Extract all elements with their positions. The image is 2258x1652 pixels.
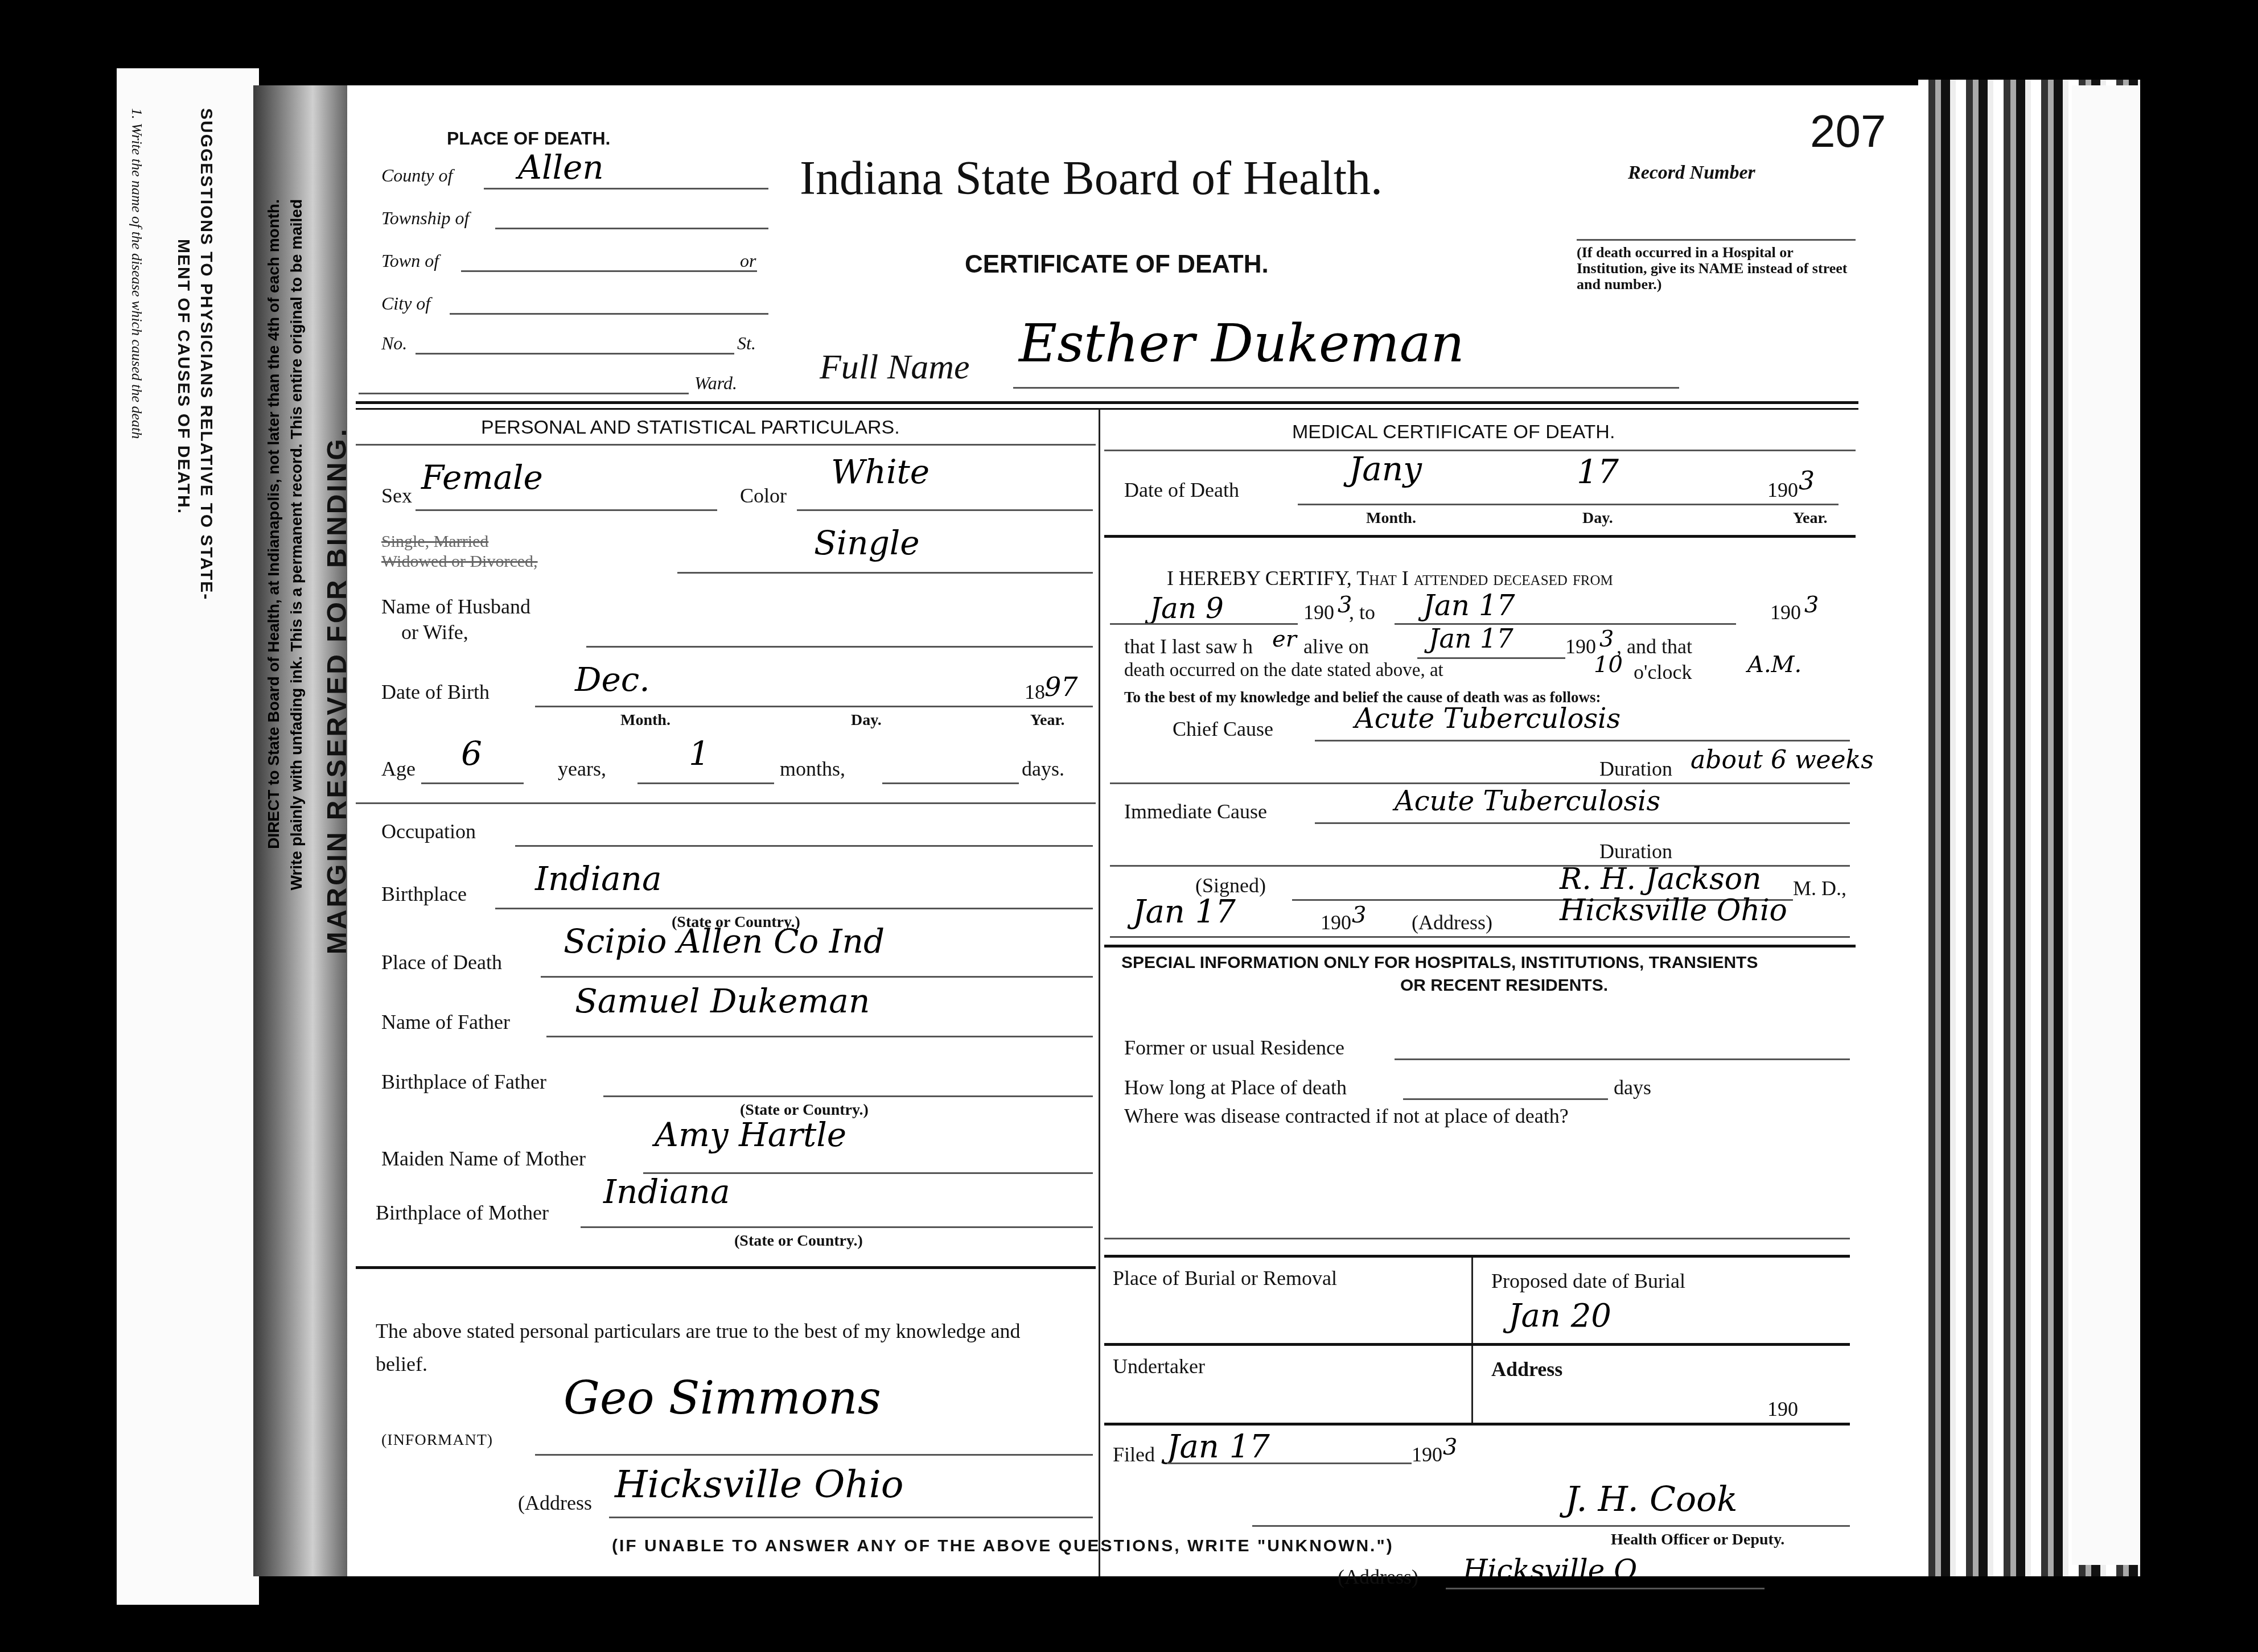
health-officer-address-line <box>1446 1588 1765 1589</box>
header-rule <box>356 401 1858 404</box>
record-number-label: Record Number <box>1628 162 1755 184</box>
age-years-value: 6 <box>461 734 482 773</box>
proposed-burial-value: Jan 20 <box>1508 1297 1611 1334</box>
physician-signature: R. H. Jackson <box>1560 862 1762 896</box>
years-label: years, <box>558 757 606 781</box>
dob-line <box>535 706 1093 707</box>
burial-top-rule <box>1104 1255 1850 1258</box>
dob-month-value: Dec. <box>575 660 650 699</box>
place-of-death-label: Place of Death <box>381 950 502 974</box>
ward-label: Ward. <box>694 373 737 394</box>
dob-month-caption: Month. <box>620 711 671 730</box>
color-label: Color <box>740 484 787 508</box>
occupation-line <box>515 845 1093 847</box>
last-saw-pronoun: er <box>1272 626 1297 652</box>
mother-birthplace-caption: (State or Country.) <box>734 1232 863 1250</box>
color-line <box>797 509 1093 511</box>
town-line <box>461 270 757 272</box>
burial-place-label: Place of Burial or Removal <box>1113 1266 1337 1290</box>
binding-instruction-1: Write plainly with unfading ink. This is… <box>287 199 306 891</box>
record-number-value: 207 <box>1810 105 1886 158</box>
spouse-label-2: or Wife, <box>401 620 468 644</box>
am-pm-value: A.M. <box>1747 652 1802 678</box>
age-days-line <box>882 782 1019 784</box>
mother-birthplace-line <box>581 1226 1093 1228</box>
immediate-duration-label: Duration <box>1599 839 1672 863</box>
father-birthplace-line <box>603 1095 1093 1097</box>
medical-section-title: MEDICAL CERTIFICATE OF DEATH. <box>1292 421 1615 443</box>
dod-year-caption: Year. <box>1793 509 1827 528</box>
health-officer-address-value: Hicksville O. <box>1463 1554 1644 1587</box>
chief-cause-line <box>1315 740 1850 741</box>
color-value: White <box>831 452 929 491</box>
chief-cause-value: Acute Tuberculosis <box>1355 703 1621 735</box>
how-long-label: How long at Place of death <box>1124 1076 1347 1099</box>
last-saw-year: 3 <box>1599 626 1614 652</box>
street-no-label: No. <box>381 333 407 354</box>
father-name-label: Name of Father <box>381 1010 510 1034</box>
dob-year-prefix: 18 <box>1025 680 1045 704</box>
immediate-cause-label: Immediate Cause <box>1124 800 1267 823</box>
filed-year-prefix: 190 <box>1412 1443 1442 1466</box>
place-of-death-line <box>541 976 1093 978</box>
dob-year-caption: Year. <box>1030 711 1064 730</box>
dod-year-value: 3 <box>1799 467 1815 496</box>
back-page-edge <box>2072 85 2140 1565</box>
health-officer-line <box>1252 1525 1850 1527</box>
binding-margin: MARGIN RESERVED FOR BINDING. Write plain… <box>253 85 361 1576</box>
chief-cause-label: Chief Cause <box>1173 717 1273 741</box>
undertaker-label: Undertaker <box>1113 1354 1205 1378</box>
dod-year-prefix: 190 <box>1767 478 1798 502</box>
months-label: months, <box>780 757 845 781</box>
burial-mid-rule <box>1104 1343 1850 1346</box>
record-number-line <box>1577 239 1856 241</box>
father-name-value: Samuel Dukeman <box>575 982 870 1020</box>
mother-birthplace-label: Birthplace of Mother <box>376 1201 549 1225</box>
last-saw-date: Jan 17 <box>1429 623 1513 654</box>
where-contracted-label: Where was disease contracted if not at p… <box>1124 1104 1569 1128</box>
township-label: Township of <box>381 208 469 229</box>
street-line <box>416 353 734 355</box>
certificate-title: CERTIFICATE OF DEATH. <box>965 250 1269 279</box>
filed-year-value: 3 <box>1443 1434 1457 1460</box>
column-divider <box>1099 410 1100 1576</box>
dod-label: Date of Death <box>1124 478 1239 502</box>
attended-to-year-prefix: 190 <box>1770 600 1801 624</box>
city-line <box>450 313 768 315</box>
occurred-text: death occurred on the date stated above,… <box>1124 660 1443 681</box>
how-long-line <box>1403 1098 1608 1100</box>
burial-bottom-rule <box>1104 1423 1850 1426</box>
personal-bottom-rule <box>356 1266 1096 1269</box>
marital-label-1: Single, Married <box>381 532 488 551</box>
age-years-line <box>421 782 524 784</box>
sex-line <box>416 509 717 511</box>
former-residence-label: Former or usual Residence <box>1124 1036 1344 1060</box>
full-name-label: Full Name <box>820 347 969 388</box>
hospital-note: (If death occurred in a Hospital or Inst… <box>1577 245 1850 293</box>
birthplace-value: Indiana <box>535 859 661 898</box>
city-label: City of <box>381 293 430 314</box>
age-rule <box>356 802 1096 804</box>
immediate-cause-value: Acute Tuberculosis <box>1395 785 1660 817</box>
former-residence-line <box>1395 1058 1850 1060</box>
birthplace-line <box>495 908 1093 909</box>
informant-signature: Geo Simmons <box>564 1371 881 1424</box>
special-info-title-2: OR RECENT RESIDENTS. <box>1400 976 1608 995</box>
dob-day-caption: Day. <box>851 711 882 730</box>
marital-label-2: Widowed or Divorced, <box>381 552 538 571</box>
personal-section-title: PERSONAL AND STATISTICAL PARTICULARS. <box>481 417 900 439</box>
informant-address-value: Hicksville Ohio <box>615 1463 904 1506</box>
marital-line <box>677 572 1093 574</box>
street-st-label: St. <box>737 333 756 354</box>
oclock-text: o'clock <box>1634 660 1692 684</box>
physician-address-line <box>1110 936 1850 938</box>
ward-line <box>359 393 689 394</box>
health-officer-address-label: (Address) <box>1338 1565 1418 1589</box>
signed-rule <box>1104 945 1856 947</box>
dod-day-value: 17 <box>1577 452 1619 491</box>
attended-from-line <box>1110 623 1298 625</box>
sex-value: Female <box>421 458 543 497</box>
dob-label: Date of Birth <box>381 680 490 704</box>
physician-address-label: (Address) <box>1412 911 1492 934</box>
county-value: Allen <box>518 148 604 187</box>
burial-year-prefix: 190 <box>1767 1397 1798 1421</box>
dod-month-caption: Month. <box>1366 509 1416 528</box>
header-rule-2 <box>356 408 1858 410</box>
suggestions-heading-line2: MENT OF CAUSES OF DEATH. <box>174 239 193 514</box>
attended-from-value: Jan 9 <box>1150 592 1224 625</box>
filed-date-value: Jan 17 <box>1167 1428 1270 1465</box>
immediate-cause-line <box>1315 822 1850 824</box>
informant-line <box>535 1454 1093 1456</box>
birthplace-label: Birthplace <box>381 882 467 906</box>
attended-to-value: Jan 17 <box>1423 589 1515 622</box>
attended-from-year-prefix: 190 <box>1303 600 1334 624</box>
how-long-days-label: days <box>1614 1076 1651 1099</box>
last-saw-year-prefix: 190 <box>1565 635 1596 658</box>
chief-duration-label: Duration <box>1599 757 1672 781</box>
suggestions-flap: SUGGESTIONS TO PHYSICIANS RELATIVE TO ST… <box>117 68 259 1605</box>
sex-label: Sex <box>381 484 412 508</box>
father-name-line <box>546 1036 1093 1037</box>
md-label: M. D., <box>1793 876 1846 900</box>
days-label: days. <box>1022 757 1064 781</box>
dod-rule <box>1104 535 1856 538</box>
town-or-label: or <box>740 250 756 271</box>
age-label: Age <box>381 757 416 781</box>
binding-instruction-2: DIRECT to State Board of Health, at Indi… <box>265 199 283 849</box>
personal-title-line <box>356 444 1096 446</box>
attended-to-year: 3 <box>1804 592 1819 618</box>
township-line <box>495 228 768 229</box>
burial-divider <box>1471 1258 1473 1423</box>
chief-duration-value: about 6 weeks <box>1691 745 1874 774</box>
last-saw-line <box>1417 657 1565 659</box>
full-name-line <box>1013 387 1679 389</box>
health-officer-caption: Health Officer or Deputy. <box>1611 1531 1784 1549</box>
undertaker-address-label: Address <box>1491 1357 1562 1381</box>
and-that-text: , and that <box>1617 635 1692 658</box>
proposed-burial-label: Proposed date of Burial <box>1491 1269 1685 1293</box>
signed-year-prefix: 190 <box>1321 911 1351 934</box>
informant-label: (INFORMANT) <box>381 1431 493 1449</box>
spouse-label-1: Name of Husband <box>381 595 530 619</box>
place-of-death-value: Scipio Allen Co Ind <box>564 922 885 961</box>
health-officer-signature: J. H. Cook <box>1565 1480 1738 1519</box>
informant-address-line <box>609 1517 1093 1518</box>
marital-value: Single <box>814 524 920 562</box>
attestation-text: The above stated personal particulars ar… <box>376 1315 1076 1381</box>
dod-month-value: Jany <box>1349 450 1422 488</box>
signed-date-value: Jan 17 <box>1133 893 1236 930</box>
special-info-title-1: SPECIAL INFORMATION ONLY FOR HOSPITALS, … <box>1121 953 1758 973</box>
medical-title-line <box>1104 450 1856 451</box>
where-contracted-line <box>1104 1238 1850 1239</box>
filed-line <box>1167 1463 1412 1464</box>
mother-name-value: Amy Hartle <box>655 1115 846 1154</box>
informant-address-label: (Address <box>518 1491 592 1515</box>
physician-address-value: Hicksville Ohio <box>1560 893 1787 928</box>
age-months-line <box>637 782 774 784</box>
town-label: Town of <box>381 250 439 271</box>
death-certificate: PLACE OF DEATH. County of Allen Township… <box>347 85 1918 1576</box>
signed-year-value: 3 <box>1352 902 1366 928</box>
county-line <box>484 188 768 189</box>
mother-name-label: Maiden Name of Mother <box>381 1147 586 1171</box>
dob-year-value: 97 <box>1044 671 1078 702</box>
mother-birthplace-value: Indiana <box>603 1172 730 1211</box>
occupation-label: Occupation <box>381 819 476 843</box>
spouse-line <box>586 646 1093 648</box>
age-months-value: 1 <box>689 734 710 773</box>
to-label: , to <box>1349 600 1375 624</box>
time-value: 10 <box>1594 652 1623 678</box>
unknown-note: (IF UNABLE TO ANSWER ANY OF THE ABOVE QU… <box>612 1536 1394 1556</box>
last-saw-text-1: that I last saw h <box>1124 635 1253 658</box>
certify-text: I HEREBY CERTIFY, That I attended deceas… <box>1167 566 1613 590</box>
dod-day-caption: Day. <box>1582 509 1613 528</box>
father-birthplace-label: Birthplace of Father <box>381 1070 546 1094</box>
county-label: County of <box>381 165 453 186</box>
chief-duration-line <box>1110 782 1850 784</box>
filed-label: Filed <box>1113 1443 1155 1466</box>
place-of-death-title: PLACE OF DEATH. <box>447 128 610 149</box>
suggestions-heading-line1: SUGGESTIONS TO PHYSICIANS RELATIVE TO ST… <box>196 108 216 600</box>
last-saw-text-2: alive on <box>1303 635 1369 658</box>
suggestion-item-1: 1. Write the name of the disease which c… <box>128 108 145 439</box>
dod-line <box>1298 504 1839 505</box>
board-title: Indiana State Board of Health. <box>800 151 1383 206</box>
full-name-value: Esther Dukeman <box>1019 313 1465 374</box>
